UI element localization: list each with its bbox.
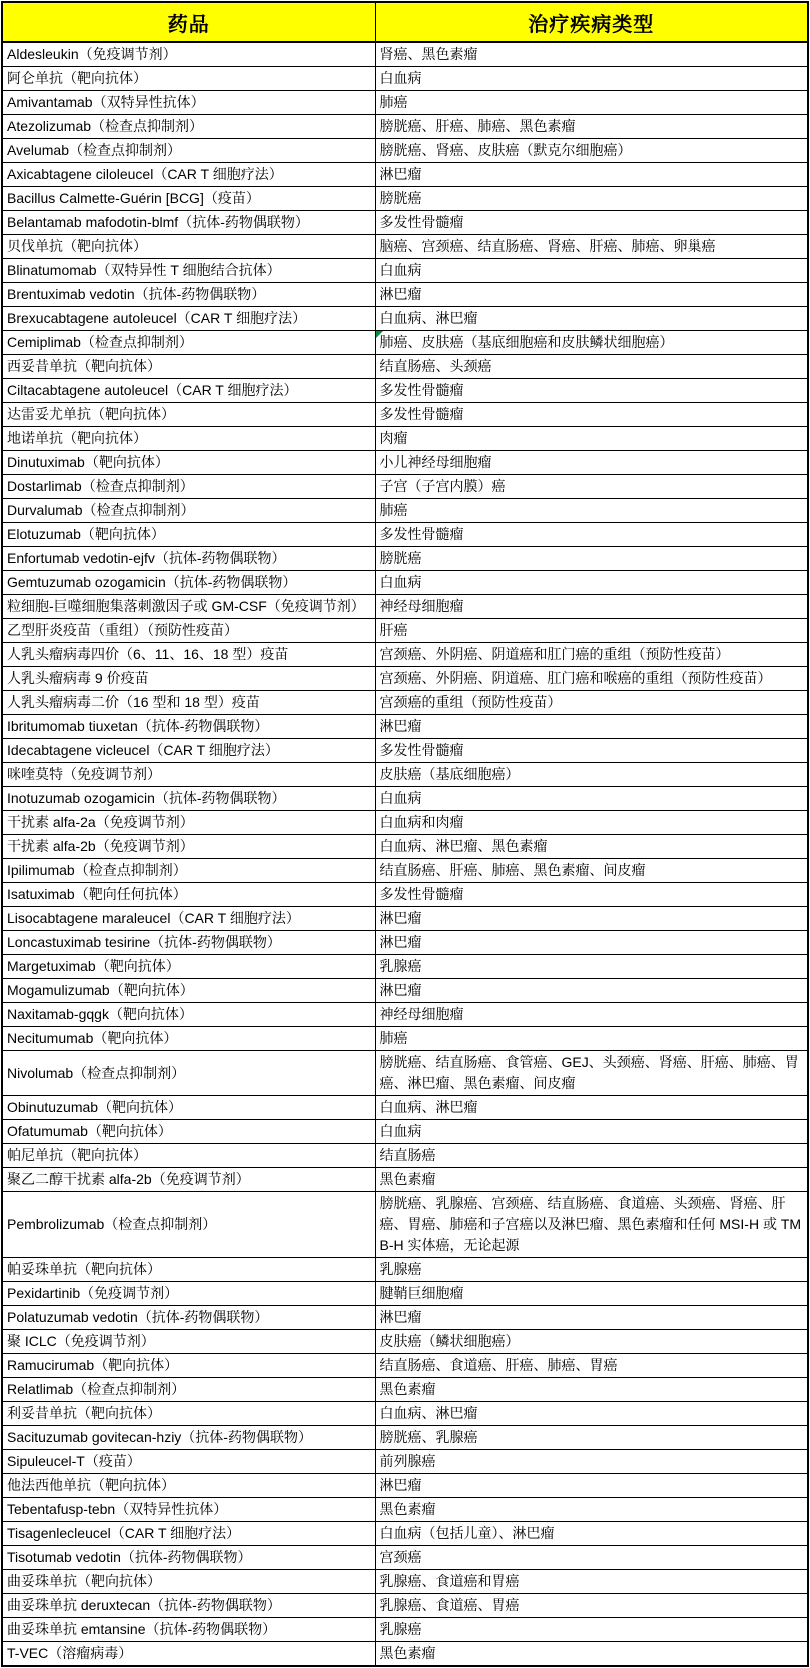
drug-name-cell[interactable]: T-VEC（溶瘤病毒） <box>2 1642 375 1667</box>
table-row: 聚乙二醇干扰素 alfa-2b（免疫调节剂） 黑色素瘤 <box>2 1168 808 1192</box>
disease-types-cell[interactable]: 黑色素瘤 <box>375 1168 808 1192</box>
table-row: 帕尼单抗（靶向抗体） 结直肠癌 <box>2 1144 808 1168</box>
table-row: Naxitamab-gqgk（靶向抗体） 神经母细胞瘤 <box>2 1003 808 1027</box>
drug-name-cell[interactable]: Relatlimab（检查点抑制剂） <box>2 1378 375 1402</box>
disease-types-cell[interactable]: 白血病、淋巴瘤 <box>375 1402 808 1426</box>
disease-types-cell[interactable]: 小儿神经母细胞瘤 <box>375 451 808 475</box>
table-row: T-VEC（溶瘤病毒） 黑色素瘤 <box>2 1642 808 1667</box>
drug-name-cell[interactable]: Sipuleucel-T（疫苗） <box>2 1450 375 1474</box>
table-row: Atezolizumab（检查点抑制剂） 膀胱癌、肝癌、肺癌、黑色素瘤 <box>2 115 808 139</box>
disease-types-cell[interactable]: 白血病（包括儿童）、淋巴瘤 <box>375 1522 808 1546</box>
drug-name-cell[interactable]: Tebentafusp-tebn（双特异性抗体） <box>2 1498 375 1522</box>
disease-types-cell[interactable]: 白血病、淋巴瘤、黑色素瘤 <box>375 835 808 859</box>
drug-name-cell[interactable]: Polatuzumab vedotin（抗体-药物偶联物） <box>2 1306 375 1330</box>
comment-flag-icon <box>376 331 383 338</box>
drug-name-cell[interactable]: 聚 ICLC（免疫调节剂） <box>2 1330 375 1354</box>
disease-types-cell[interactable]: 黑色素瘤 <box>375 1378 808 1402</box>
disease-types-cell[interactable]: 肾癌、黑色素瘤 <box>375 42 808 67</box>
disease-types-cell[interactable]: 白血病、淋巴瘤 <box>375 307 808 331</box>
drug-name-cell[interactable]: Brexucabtagene autoleucel（CAR T 细胞疗法） <box>2 307 375 331</box>
table-row: 人乳头瘤病毒 9 价疫苗 宫颈癌、外阴癌、阴道癌、肛门癌和喉癌的重组（预防性疫苗… <box>2 667 808 691</box>
disease-types-cell[interactable]: 肺癌、皮肤癌（基底细胞癌和皮肤鳞状细胞癌） <box>375 331 808 355</box>
table-row: 人乳头瘤病毒二价（16 型和 18 型）疫苗 宫颈癌的重组（预防性疫苗） <box>2 691 808 715</box>
table-header-row: 药品 治疗疾病类型 <box>2 2 808 42</box>
table-row: 粒细胞-巨噬细胞集落刺激因子或 GM-CSF（免疫调节剂） 神经母细胞瘤 <box>2 595 808 619</box>
table-row: 贝伐单抗（靶向抗体） 脑癌、宫颈癌、结直肠癌、肾癌、肝癌、肺癌、卵巢癌 <box>2 235 808 259</box>
table-row: Bacillus Calmette-Guérin [BCG]（疫苗） 膀胱癌 <box>2 187 808 211</box>
drug-name-cell[interactable]: Loncastuximab tesirine（抗体-药物偶联物） <box>2 931 375 955</box>
disease-types-cell[interactable]: 白血病和肉瘤 <box>375 811 808 835</box>
table-row: Brentuximab vedotin（抗体-药物偶联物） 淋巴瘤 <box>2 283 808 307</box>
drug-name-cell[interactable]: 达雷妥尤单抗（靶向抗体） <box>2 403 375 427</box>
table-row: Avelumab（检查点抑制剂） 膀胱癌、肾癌、皮肤癌（默克尔细胞癌） <box>2 139 808 163</box>
table-row: 曲妥珠单抗 emtansine（抗体-药物偶联物） 乳腺癌 <box>2 1618 808 1642</box>
drug-name-cell[interactable]: Bacillus Calmette-Guérin [BCG]（疫苗） <box>2 187 375 211</box>
disease-types-cell[interactable]: 多发性骨髓瘤 <box>375 211 808 235</box>
drug-name-cell[interactable]: Naxitamab-gqgk（靶向抗体） <box>2 1003 375 1027</box>
table-row: Nivolumab（检查点抑制剂） 膀胱癌、结直肠癌、食管癌、GEJ、头颈癌、肾… <box>2 1051 808 1096</box>
disease-types-cell[interactable]: 淋巴瘤 <box>375 715 808 739</box>
drug-name-cell[interactable]: 曲妥珠单抗（靶向抗体） <box>2 1570 375 1594</box>
table-row: Dinutuximab（靶向抗体） 小儿神经母细胞瘤 <box>2 451 808 475</box>
disease-types-cell[interactable]: 肝癌 <box>375 619 808 643</box>
disease-types-cell[interactable]: 淋巴瘤 <box>375 163 808 187</box>
drug-name-cell[interactable]: Gemtuzumab ozogamicin（抗体-药物偶联物） <box>2 571 375 595</box>
table-row: Axicabtagene ciloleucel（CAR T 细胞疗法） 淋巴瘤 <box>2 163 808 187</box>
table-row: 聚 ICLC（免疫调节剂） 皮肤癌（鳞状细胞癌） <box>2 1330 808 1354</box>
drug-name-cell[interactable]: 乙型肝炎疫苗（重组）（预防性疫苗） <box>2 619 375 643</box>
table-row: Sipuleucel-T（疫苗） 前列腺癌 <box>2 1450 808 1474</box>
table-row: Tisotumab vedotin（抗体-药物偶联物） 宫颈癌 <box>2 1546 808 1570</box>
disease-types-cell[interactable]: 淋巴瘤 <box>375 1306 808 1330</box>
drug-name-cell[interactable]: Isatuximab（靶向任何抗体） <box>2 883 375 907</box>
drug-name-cell[interactable]: Belantamab mafodotin-blmf（抗体-药物偶联物） <box>2 211 375 235</box>
table-row: 人乳头瘤病毒四价（6、11、16、18 型）疫苗 宫颈癌、外阴癌、阴道癌和肛门癌… <box>2 643 808 667</box>
drug-name-cell[interactable]: 地诺单抗（靶向抗体） <box>2 427 375 451</box>
table-row: 帕妥珠单抗（靶向抗体） 乳腺癌 <box>2 1258 808 1282</box>
disease-types-cell[interactable]: 结直肠癌 <box>375 1144 808 1168</box>
table-row: Necitumumab（靶向抗体） 肺癌 <box>2 1027 808 1051</box>
disease-types-cell[interactable]: 淋巴瘤 <box>375 1474 808 1498</box>
drug-name-cell[interactable]: Necitumumab（靶向抗体） <box>2 1027 375 1051</box>
disease-types-cell[interactable]: 肺癌 <box>375 91 808 115</box>
disease-types-cell[interactable]: 多发性骨髓瘤 <box>375 739 808 763</box>
disease-types-cell[interactable]: 腱鞘巨细胞瘤 <box>375 1282 808 1306</box>
table-row: Loncastuximab tesirine（抗体-药物偶联物） 淋巴瘤 <box>2 931 808 955</box>
disease-types-cell[interactable]: 肺癌 <box>375 1027 808 1051</box>
drug-disease-sheet: 药品 治疗疾病类型 Aldesleukin（免疫调节剂） 肾癌、黑色素瘤 阿仑单… <box>0 1 810 1667</box>
disease-types-cell[interactable]: 白血病 <box>375 67 808 91</box>
disease-types-cell[interactable]: 神经母细胞瘤 <box>375 1003 808 1027</box>
drug-name-cell[interactable]: Aldesleukin（免疫调节剂） <box>2 42 375 67</box>
disease-types-cell[interactable]: 宫颈癌 <box>375 1546 808 1570</box>
drug-name-cell[interactable]: Ofatumumab（靶向抗体） <box>2 1120 375 1144</box>
table-row: Enfortumab vedotin-ejfv（抗体-药物偶联物） 膀胱癌 <box>2 547 808 571</box>
disease-types-cell[interactable]: 乳腺癌 <box>375 1618 808 1642</box>
drug-name-cell[interactable]: 贝伐单抗（靶向抗体） <box>2 235 375 259</box>
disease-types-cell[interactable]: 多发性骨髓瘤 <box>375 883 808 907</box>
drug-name-cell[interactable]: Pembrolizumab（检查点抑制剂） <box>2 1192 375 1258</box>
table-row: Pembrolizumab（检查点抑制剂） 膀胱癌、乳腺癌、宫颈癌、结直肠癌、食… <box>2 1192 808 1258</box>
table-row: Aldesleukin（免疫调节剂） 肾癌、黑色素瘤 <box>2 42 808 67</box>
table-row: Belantamab mafodotin-blmf（抗体-药物偶联物） 多发性骨… <box>2 211 808 235</box>
disease-types-cell[interactable]: 淋巴瘤 <box>375 283 808 307</box>
disease-types-cell[interactable]: 子宫（子宫内膜）癌 <box>375 475 808 499</box>
table-row: Sacituzumab govitecan-hziy（抗体-药物偶联物） 膀胱癌… <box>2 1426 808 1450</box>
disease-types-cell[interactable]: 结直肠癌、肝癌、肺癌、黑色素瘤、间皮瘤 <box>375 859 808 883</box>
table-row: Obinutuzumab（靶向抗体） 白血病、淋巴瘤 <box>2 1096 808 1120</box>
drug-name-cell[interactable]: Elotuzumab（靶向抗体） <box>2 523 375 547</box>
drug-name-cell[interactable]: Blinatumomab（双特异性 T 细胞结合抗体） <box>2 259 375 283</box>
table-row: Mogamulizumab（靶向抗体） 淋巴瘤 <box>2 979 808 1003</box>
drug-name-cell[interactable]: Pexidartinib（免疫调节剂） <box>2 1282 375 1306</box>
table-row: Tisagenlecleucel（CAR T 细胞疗法） 白血病（包括儿童）、淋… <box>2 1522 808 1546</box>
table-row: Margetuximab（靶向抗体） 乳腺癌 <box>2 955 808 979</box>
drug-name-cell[interactable]: Sacituzumab govitecan-hziy（抗体-药物偶联物） <box>2 1426 375 1450</box>
disease-types-cell[interactable]: 皮肤癌（基底细胞癌） <box>375 763 808 787</box>
drug-name-cell[interactable]: Tisagenlecleucel（CAR T 细胞疗法） <box>2 1522 375 1546</box>
table-row: 利妥昔单抗（靶向抗体） 白血病、淋巴瘤 <box>2 1402 808 1426</box>
drug-name-cell[interactable]: Lisocabtagene maraleucel（CAR T 细胞疗法） <box>2 907 375 931</box>
drug-table: 药品 治疗疾病类型 Aldesleukin（免疫调节剂） 肾癌、黑色素瘤 阿仑单… <box>1 1 809 1667</box>
table-row: Dostarlimab（检查点抑制剂） 子宫（子宫内膜）癌 <box>2 475 808 499</box>
table-row: Ibritumomab tiuxetan（抗体-药物偶联物） 淋巴瘤 <box>2 715 808 739</box>
table-row: Isatuximab（靶向任何抗体） 多发性骨髓瘤 <box>2 883 808 907</box>
disease-types-cell[interactable]: 神经母细胞瘤 <box>375 595 808 619</box>
drug-name-cell[interactable]: 干扰素 alfa-2b（免疫调节剂） <box>2 835 375 859</box>
disease-types-cell[interactable]: 多发性骨髓瘤 <box>375 403 808 427</box>
drug-name-cell[interactable]: Amivantamab（双特异性抗体） <box>2 91 375 115</box>
disease-types-cell[interactable]: 多发性骨髓瘤 <box>375 379 808 403</box>
drug-name-cell[interactable]: Axicabtagene ciloleucel（CAR T 细胞疗法） <box>2 163 375 187</box>
disease-types-cell[interactable]: 肺癌 <box>375 499 808 523</box>
disease-types-cell[interactable]: 膀胱癌、肾癌、皮肤癌（默克尔细胞癌） <box>375 139 808 163</box>
disease-types-cell[interactable]: 白血病、淋巴瘤 <box>375 1096 808 1120</box>
drug-name-cell[interactable]: Ipilimumab（检查点抑制剂） <box>2 859 375 883</box>
table-row: Ipilimumab（检查点抑制剂） 结直肠癌、肝癌、肺癌、黑色素瘤、间皮瘤 <box>2 859 808 883</box>
table-row: 咪喹莫特（免疫调节剂） 皮肤癌（基底细胞癌） <box>2 763 808 787</box>
disease-types-cell[interactable]: 膀胱癌 <box>375 187 808 211</box>
header-disease-type[interactable]: 治疗疾病类型 <box>375 2 808 42</box>
disease-types-cell[interactable]: 乳腺癌 <box>375 955 808 979</box>
drug-name-cell[interactable]: Tisotumab vedotin（抗体-药物偶联物） <box>2 1546 375 1570</box>
drug-name-cell[interactable]: Ibritumomab tiuxetan（抗体-药物偶联物） <box>2 715 375 739</box>
disease-types-cell[interactable]: 膀胱癌、肝癌、肺癌、黑色素瘤 <box>375 115 808 139</box>
drug-name-cell[interactable]: Idecabtagene vicleucel（CAR T 细胞疗法） <box>2 739 375 763</box>
drug-name-cell[interactable]: 他法西他单抗（靶向抗体） <box>2 1474 375 1498</box>
disease-types-cell[interactable]: 宫颈癌、外阴癌、阴道癌、肛门癌和喉癌的重组（预防性疫苗） <box>375 667 808 691</box>
disease-types-cell[interactable]: 淋巴瘤 <box>375 979 808 1003</box>
disease-types-cell[interactable]: 脑癌、宫颈癌、结直肠癌、肾癌、肝癌、肺癌、卵巢癌 <box>375 235 808 259</box>
disease-types-cell[interactable]: 宫颈癌的重组（预防性疫苗） <box>375 691 808 715</box>
disease-types-cell[interactable]: 白血病 <box>375 1120 808 1144</box>
drug-name-cell[interactable]: Obinutuzumab（靶向抗体） <box>2 1096 375 1120</box>
drug-name-cell[interactable]: Nivolumab（检查点抑制剂） <box>2 1051 375 1096</box>
table-row: Lisocabtagene maraleucel（CAR T 细胞疗法） 淋巴瘤 <box>2 907 808 931</box>
drug-name-cell[interactable]: 西妥昔单抗（靶向抗体） <box>2 355 375 379</box>
disease-types-cell[interactable]: 白血病 <box>375 259 808 283</box>
disease-types-cell[interactable]: 白血病 <box>375 787 808 811</box>
disease-types-cell[interactable]: 膀胱癌、乳腺癌、宫颈癌、结直肠癌、食道癌、头颈癌、肾癌、肝癌、胃癌、肺癌和子宫癌… <box>375 1192 808 1258</box>
drug-name-cell[interactable]: 帕尼单抗（靶向抗体） <box>2 1144 375 1168</box>
drug-name-cell[interactable]: Inotuzumab ozogamicin（抗体-药物偶联物） <box>2 787 375 811</box>
drug-name-cell[interactable]: Atezolizumab（检查点抑制剂） <box>2 115 375 139</box>
disease-types-cell[interactable]: 肉瘤 <box>375 427 808 451</box>
disease-types-cell[interactable]: 皮肤癌（鳞状细胞癌） <box>375 1330 808 1354</box>
disease-types-cell[interactable]: 淋巴瘤 <box>375 931 808 955</box>
disease-types-cell[interactable]: 膀胱癌、结直肠癌、食管癌、GEJ、头颈癌、肾癌、肝癌、肺癌、胃癌、淋巴瘤、黑色素… <box>375 1051 808 1096</box>
disease-types-cell[interactable]: 前列腺癌 <box>375 1450 808 1474</box>
table-row: Relatlimab（检查点抑制剂） 黑色素瘤 <box>2 1378 808 1402</box>
drug-name-cell[interactable]: 阿仑单抗（靶向抗体） <box>2 67 375 91</box>
table-row: Amivantamab（双特异性抗体） 肺癌 <box>2 91 808 115</box>
header-drug[interactable]: 药品 <box>2 2 375 42</box>
drug-name-cell[interactable]: 干扰素 alfa-2a（免疫调节剂） <box>2 811 375 835</box>
disease-types-cell[interactable]: 结直肠癌、食道癌、肝癌、肺癌、胃癌 <box>375 1354 808 1378</box>
table-row: Polatuzumab vedotin（抗体-药物偶联物） 淋巴瘤 <box>2 1306 808 1330</box>
table-row: Ofatumumab（靶向抗体） 白血病 <box>2 1120 808 1144</box>
table-row: Idecabtagene vicleucel（CAR T 细胞疗法） 多发性骨髓… <box>2 739 808 763</box>
drug-name-cell[interactable]: 咪喹莫特（免疫调节剂） <box>2 763 375 787</box>
drug-name-cell[interactable]: Cemiplimab（检查点抑制剂） <box>2 331 375 355</box>
disease-types-cell[interactable]: 多发性骨髓瘤 <box>375 523 808 547</box>
drug-name-cell[interactable]: Dostarlimab（检查点抑制剂） <box>2 475 375 499</box>
table-row: 他法西他单抗（靶向抗体） 淋巴瘤 <box>2 1474 808 1498</box>
disease-types-cell[interactable]: 乳腺癌、食道癌和胃癌 <box>375 1570 808 1594</box>
table-row: 干扰素 alfa-2a（免疫调节剂） 白血病和肉瘤 <box>2 811 808 835</box>
drug-name-cell[interactable]: Avelumab（检查点抑制剂） <box>2 139 375 163</box>
drug-name-cell[interactable]: Mogamulizumab（靶向抗体） <box>2 979 375 1003</box>
disease-types-cell[interactable]: 淋巴瘤 <box>375 907 808 931</box>
table-row: Ciltacabtagene autoleucel（CAR T 细胞疗法） 多发… <box>2 379 808 403</box>
table-row: Durvalumab（检查点抑制剂） 肺癌 <box>2 499 808 523</box>
table-row: 干扰素 alfa-2b（免疫调节剂） 白血病、淋巴瘤、黑色素瘤 <box>2 835 808 859</box>
drug-name-cell[interactable]: Margetuximab（靶向抗体） <box>2 955 375 979</box>
disease-types-cell[interactable]: 结直肠癌、头颈癌 <box>375 355 808 379</box>
table-row: 曲妥珠单抗 deruxtecan（抗体-药物偶联物） 乳腺癌、食道癌、胃癌 <box>2 1594 808 1618</box>
table-row: 达雷妥尤单抗（靶向抗体） 多发性骨髓瘤 <box>2 403 808 427</box>
disease-types-cell[interactable]: 宫颈癌、外阴癌、阴道癌和肛门癌的重组（预防性疫苗） <box>375 643 808 667</box>
table-body: Aldesleukin（免疫调节剂） 肾癌、黑色素瘤 阿仑单抗（靶向抗体） 白血… <box>2 42 808 1666</box>
table-row: Cemiplimab（检查点抑制剂） 肺癌、皮肤癌（基底细胞癌和皮肤鳞状细胞癌） <box>2 331 808 355</box>
table-row: Brexucabtagene autoleucel（CAR T 细胞疗法） 白血… <box>2 307 808 331</box>
drug-name-cell[interactable]: 人乳头瘤病毒 9 价疫苗 <box>2 667 375 691</box>
disease-types-cell[interactable]: 白血病 <box>375 571 808 595</box>
table-row: 阿仑单抗（靶向抗体） 白血病 <box>2 67 808 91</box>
table-row: Gemtuzumab ozogamicin（抗体-药物偶联物） 白血病 <box>2 571 808 595</box>
table-row: 西妥昔单抗（靶向抗体） 结直肠癌、头颈癌 <box>2 355 808 379</box>
drug-name-cell[interactable]: 聚乙二醇干扰素 alfa-2b（免疫调节剂） <box>2 1168 375 1192</box>
table-row: Elotuzumab（靶向抗体） 多发性骨髓瘤 <box>2 523 808 547</box>
drug-name-cell[interactable]: Ciltacabtagene autoleucel（CAR T 细胞疗法） <box>2 379 375 403</box>
disease-types-cell[interactable]: 乳腺癌 <box>375 1258 808 1282</box>
drug-name-cell[interactable]: 人乳头瘤病毒四价（6、11、16、18 型）疫苗 <box>2 643 375 667</box>
drug-name-cell[interactable]: Durvalumab（检查点抑制剂） <box>2 499 375 523</box>
drug-name-cell[interactable]: 曲妥珠单抗 emtansine（抗体-药物偶联物） <box>2 1618 375 1642</box>
drug-name-cell[interactable]: 人乳头瘤病毒二价（16 型和 18 型）疫苗 <box>2 691 375 715</box>
drug-name-cell[interactable]: Ramucirumab（靶向抗体） <box>2 1354 375 1378</box>
drug-name-cell[interactable]: Brentuximab vedotin（抗体-药物偶联物） <box>2 283 375 307</box>
table-row: 乙型肝炎疫苗（重组）（预防性疫苗） 肝癌 <box>2 619 808 643</box>
drug-name-cell[interactable]: Enfortumab vedotin-ejfv（抗体-药物偶联物） <box>2 547 375 571</box>
disease-types-cell[interactable]: 乳腺癌、食道癌、胃癌 <box>375 1594 808 1618</box>
drug-name-cell[interactable]: 曲妥珠单抗 deruxtecan（抗体-药物偶联物） <box>2 1594 375 1618</box>
disease-types-cell[interactable]: 黑色素瘤 <box>375 1498 808 1522</box>
disease-types-cell[interactable]: 膀胱癌、乳腺癌 <box>375 1426 808 1450</box>
disease-types-cell[interactable]: 膀胱癌 <box>375 547 808 571</box>
table-row: Inotuzumab ozogamicin（抗体-药物偶联物） 白血病 <box>2 787 808 811</box>
drug-name-cell[interactable]: Dinutuximab（靶向抗体） <box>2 451 375 475</box>
drug-name-cell[interactable]: 粒细胞-巨噬细胞集落刺激因子或 GM-CSF（免疫调节剂） <box>2 595 375 619</box>
table-row: Ramucirumab（靶向抗体） 结直肠癌、食道癌、肝癌、肺癌、胃癌 <box>2 1354 808 1378</box>
table-row: Blinatumomab（双特异性 T 细胞结合抗体） 白血病 <box>2 259 808 283</box>
table-row: Tebentafusp-tebn（双特异性抗体） 黑色素瘤 <box>2 1498 808 1522</box>
disease-types-cell[interactable]: 黑色素瘤 <box>375 1642 808 1667</box>
table-row: 曲妥珠单抗（靶向抗体） 乳腺癌、食道癌和胃癌 <box>2 1570 808 1594</box>
table-row: Pexidartinib（免疫调节剂） 腱鞘巨细胞瘤 <box>2 1282 808 1306</box>
drug-name-cell[interactable]: 利妥昔单抗（靶向抗体） <box>2 1402 375 1426</box>
drug-name-cell[interactable]: 帕妥珠单抗（靶向抗体） <box>2 1258 375 1282</box>
table-row: 地诺单抗（靶向抗体） 肉瘤 <box>2 427 808 451</box>
